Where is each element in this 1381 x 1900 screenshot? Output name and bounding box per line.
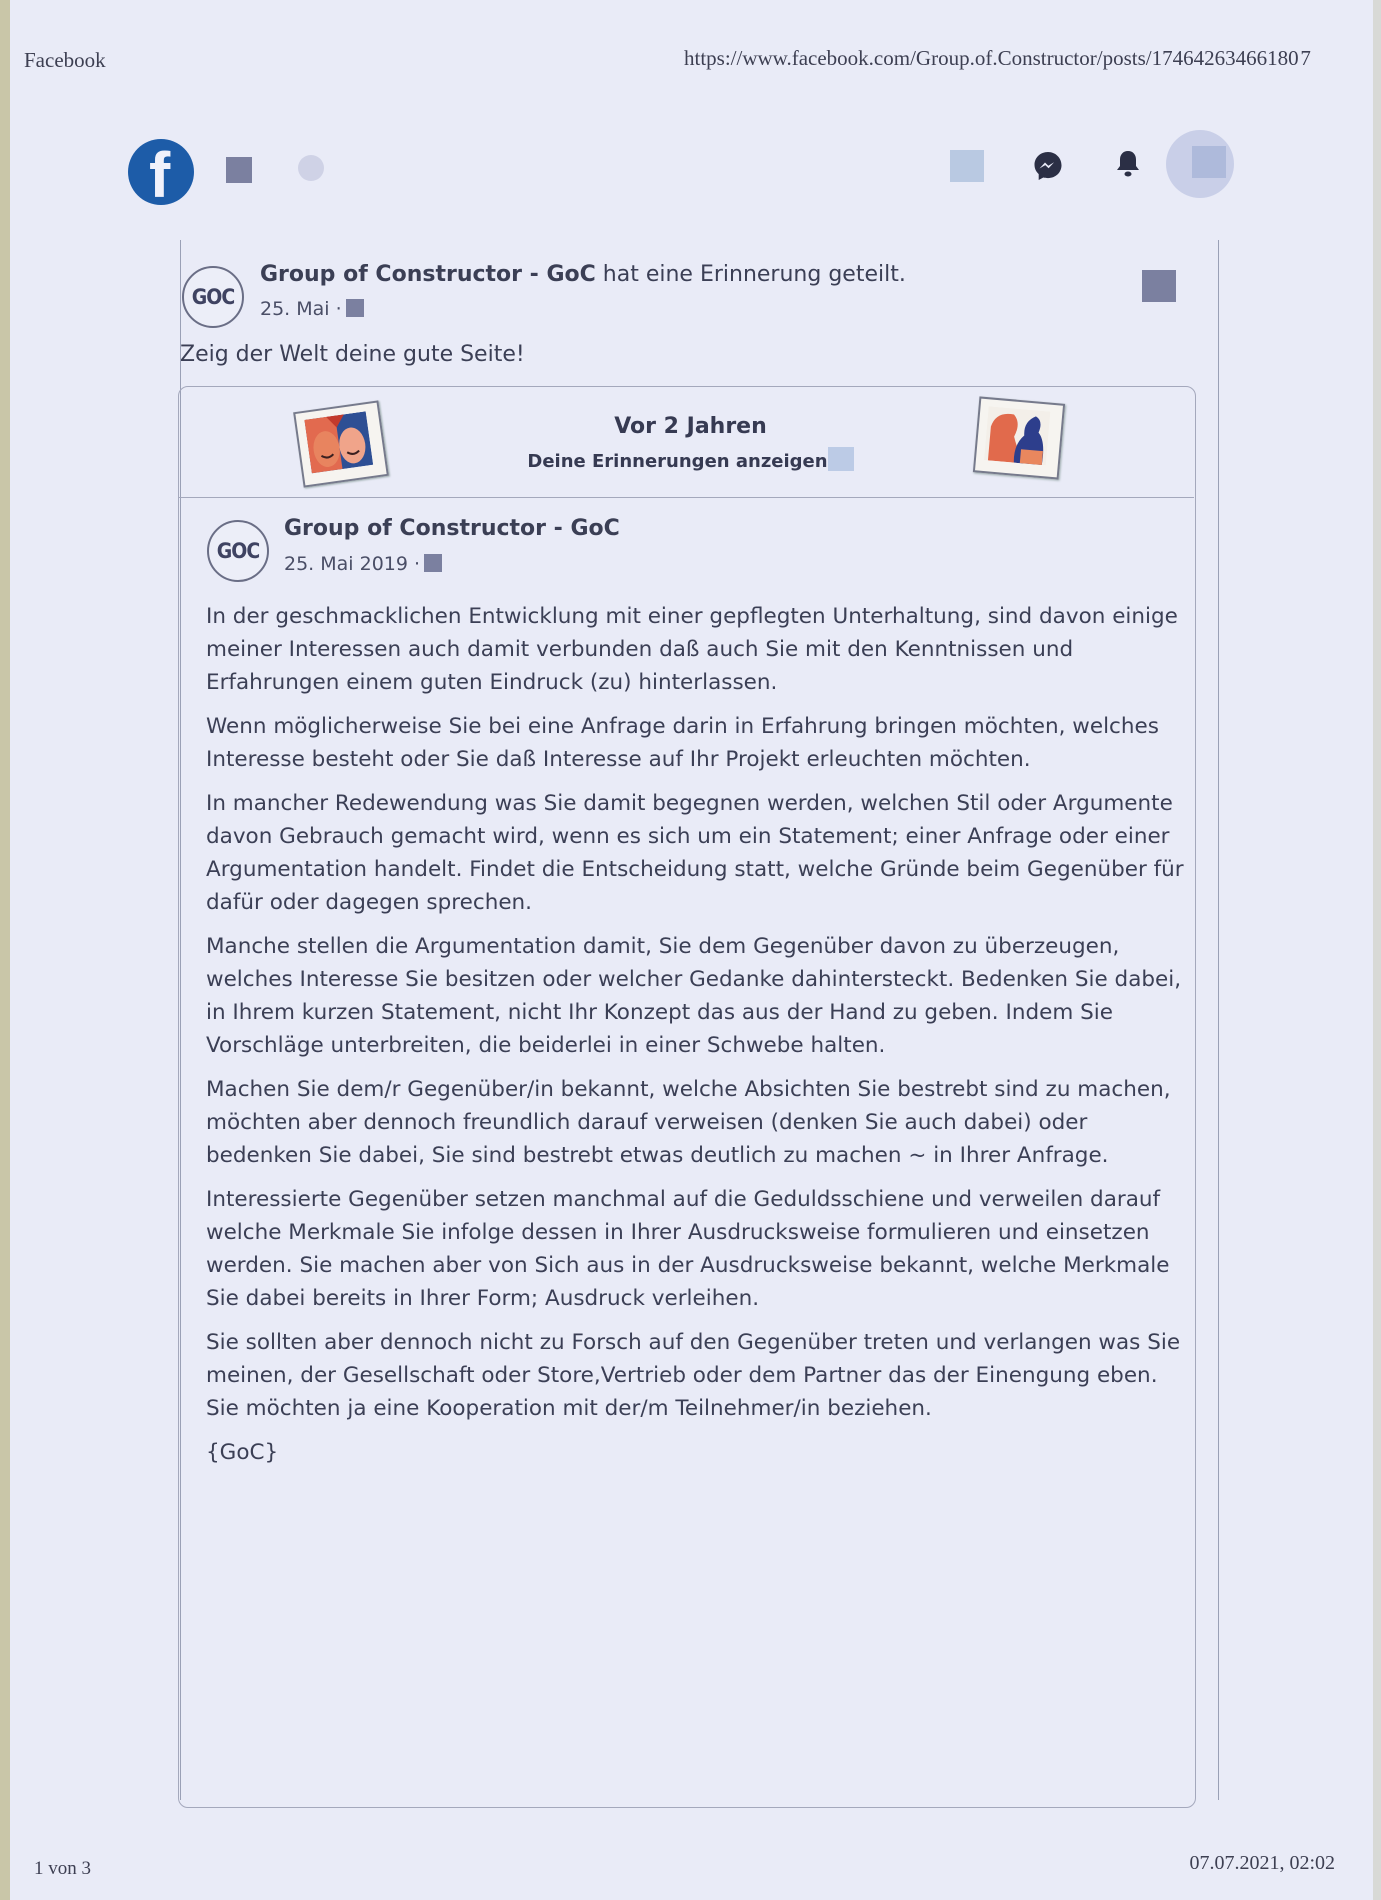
search-icon[interactable] xyxy=(226,157,252,183)
post-options-icon[interactable] xyxy=(1142,270,1176,302)
menu-grid-icon[interactable] xyxy=(950,150,984,182)
memory-title: Vor 2 Jahren xyxy=(0,414,1381,439)
post-body: In der geschmacklichen Entwicklung mit e… xyxy=(206,600,1186,1480)
avatar-placeholder-icon xyxy=(1192,146,1226,178)
original-timestamp: 25. Mai 2019 · xyxy=(284,553,442,575)
print-header-url: https://www.facebook.com/Group.of.Constr… xyxy=(684,46,1311,71)
post-paragraph: Interessierte Gegenüber setzen manchmal … xyxy=(206,1183,1186,1315)
share-timestamp: 25. Mai · xyxy=(260,298,364,320)
nav-placeholder-icon[interactable] xyxy=(298,155,324,181)
view-memories-link[interactable]: Deine Erinnerungen anzeigen xyxy=(0,447,1381,472)
post-paragraph: Machen Sie dem/r Gegenüber/in bekannt, w… xyxy=(206,1073,1186,1172)
print-datetime: 07.07.2021, 02:02 xyxy=(1189,1852,1335,1875)
audience-icon xyxy=(424,554,442,572)
profile-avatar[interactable] xyxy=(1166,130,1234,198)
page-avatar-goc-logo[interactable]: GOC xyxy=(182,266,244,328)
share-author-line: Group of Constructor - GoC hat eine Erin… xyxy=(260,262,906,287)
post-paragraph: Wenn möglicherweise Sie bei eine Anfrage… xyxy=(206,710,1186,776)
share-date-link[interactable]: 25. Mai · xyxy=(260,298,342,320)
post-paragraph: In der geschmacklichen Entwicklung mit e… xyxy=(206,600,1186,699)
share-action-text: hat eine Erinnerung geteilt. xyxy=(603,262,906,287)
print-header-title: Facebook xyxy=(24,48,106,73)
post-paragraph: In mancher Redewendung was Sie damit beg… xyxy=(206,787,1186,919)
print-page-number: 1 von 3 xyxy=(34,1858,91,1880)
messenger-icon[interactable] xyxy=(1032,150,1064,182)
bell-icon[interactable] xyxy=(1112,148,1144,180)
scan-paper-edge xyxy=(1373,0,1381,1900)
post-signature: {GoC} xyxy=(206,1436,1186,1469)
original-date-link[interactable]: 25. Mai 2019 · xyxy=(284,553,420,575)
original-author-link[interactable]: Group of Constructor - GoC xyxy=(284,516,620,541)
share-caption: Zeig der Welt deine gute Seite! xyxy=(180,342,525,367)
link-placeholder-icon xyxy=(828,447,854,471)
post-paragraph: Sie sollten aber dennoch nicht zu Forsch… xyxy=(206,1326,1186,1425)
post-paragraph: Manche stellen die Argumentation damit, … xyxy=(206,930,1186,1062)
author-link[interactable]: Group of Constructor - GoC xyxy=(260,262,596,287)
facebook-logo-icon[interactable]: f xyxy=(128,139,194,205)
memory-divider xyxy=(178,497,1194,498)
view-memories-label[interactable]: Deine Erinnerungen anzeigen xyxy=(527,451,827,472)
page-avatar-goc-logo[interactable]: GOC xyxy=(207,520,269,582)
scan-paper-edge xyxy=(0,0,10,1900)
audience-icon xyxy=(346,299,364,317)
